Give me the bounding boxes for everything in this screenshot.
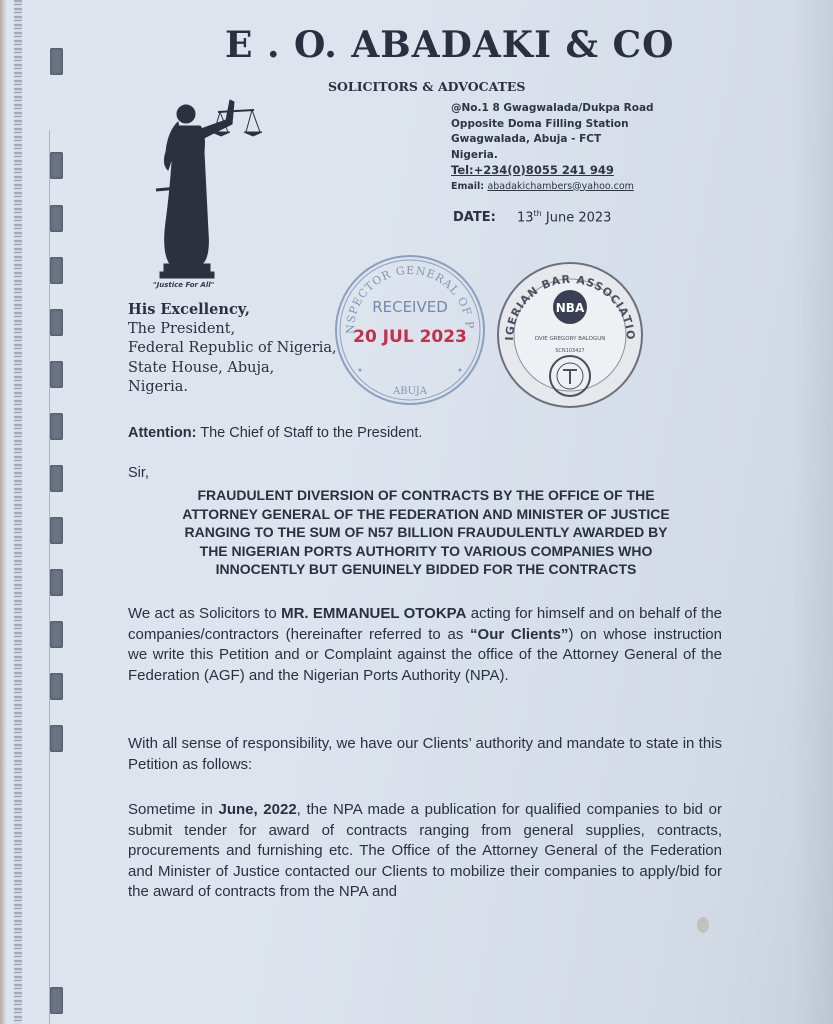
binding-hole [50, 987, 63, 1014]
binding-hole [50, 205, 63, 232]
client-name: MR. EMMANUEL OTOKPA [281, 605, 466, 622]
igp-status: RECEIVED [372, 298, 448, 316]
date-emphasis: June, 2022 [218, 801, 296, 818]
igp-date: 20 JUL 2023 [353, 327, 467, 347]
body-paragraph-3: Sometime in June, 2022, the NPA made a p… [128, 800, 722, 903]
date-label: DATE: [453, 210, 517, 225]
binding-hole [50, 257, 63, 284]
firm-email: abadakichambers@yahoo.com [487, 181, 633, 192]
address-line: Gwagwalada, Abuja - FCT [451, 132, 654, 148]
page-shadow [793, 0, 833, 1024]
email-label: Email: [451, 181, 484, 192]
binding-hole [50, 569, 63, 596]
recipient-line: The President, [128, 320, 337, 340]
page-edge [0, 0, 6, 1024]
binding-hole [50, 48, 63, 75]
nba-member-name: OVIE GREGORY BALOGUN [535, 336, 606, 342]
subject-line: THE NIGERIAN PORTS AUTHORITY TO VARIOUS … [128, 542, 724, 561]
recipient-address: His Excellency, The President, Federal R… [128, 300, 337, 398]
salutation: Sir, [128, 465, 149, 481]
body-paragraph-2: With all sense of responsibility, we hav… [128, 734, 722, 775]
nba-badge: NBA [556, 301, 585, 315]
nba-seal-stamp: NIGERIAN BAR ASSOCIATION NBA OVIE GREGOR… [495, 260, 645, 410]
firm-name: E . O. ABADAKI & CO [225, 24, 675, 66]
recipient-line: State House, Abuja, [128, 359, 337, 379]
binding-hole [50, 413, 63, 440]
subject-line: ATTORNEY GENERAL OF THE FEDERATION AND M… [128, 505, 724, 524]
subject-heading: FRAUDULENT DIVERSION OF CONTRACTS BY THE… [128, 486, 724, 579]
binding-hole [50, 361, 63, 388]
recipient-line: Federal Republic of Nigeria, [128, 339, 337, 359]
firm-email-row: Email: abadakichambers@yahoo.com [451, 179, 654, 195]
binding-hole [50, 152, 63, 179]
firm-tagline: SOLICITORS & ADVOCATES [328, 79, 525, 94]
text-run: We act as Solicitors to [128, 605, 281, 622]
nba-member-number: SCN103427 [555, 348, 585, 354]
date-day: 13 [517, 210, 534, 225]
address-line: Nigeria. [451, 148, 654, 164]
subject-line: FRAUDULENT DIVERSION OF CONTRACTS BY THE… [128, 486, 724, 505]
subject-line: RANGING TO THE SUM OF N57 BILLION FRAUDU… [128, 523, 724, 542]
binding-hole [50, 621, 63, 648]
recipient-line: Nigeria. [128, 378, 337, 398]
attention-line: Attention: The Chief of Staff to the Pre… [128, 425, 422, 441]
subject-line: INNOCENTLY BUT GENUINELY BIDDED FOR THE … [128, 560, 724, 579]
igp-ring-text: THE INSPECTOR GENERAL OF POLICE [332, 252, 476, 334]
text-run: Sometime in [128, 801, 218, 818]
attention-label: Attention: [128, 425, 196, 441]
attention-text: The Chief of Staff to the President. [200, 425, 422, 441]
igp-received-stamp: THE INSPECTOR GENERAL OF POLICE RECEIVED… [332, 252, 488, 408]
date-month-year: June 2023 [546, 210, 612, 225]
lady-justice-icon [148, 92, 263, 282]
binding-hole [50, 517, 63, 544]
recipient-line: His Excellency, [128, 300, 337, 320]
binding-hole [50, 309, 63, 336]
letter-date: DATE:13th June 2023 [453, 209, 611, 225]
binding-hole [50, 725, 63, 752]
torn-binding-strip [14, 0, 22, 1024]
address-line: Opposite Doma Filling Station [451, 117, 654, 133]
firm-motto: "Justice For All" [153, 281, 214, 289]
svg-text:THE INSPECTOR GENERAL OF POLIC: THE INSPECTOR GENERAL OF POLICE [332, 252, 476, 334]
binding-hole [50, 673, 63, 700]
firm-address: @No.1 8 Gwagwalada/Dukpa Road Opposite D… [451, 101, 654, 194]
binding-hole [50, 465, 63, 492]
paper-stain [697, 917, 709, 933]
defined-term: “Our Clients” [470, 626, 568, 643]
document-page: E . O. ABADAKI & CO SOLICITORS & ADVOCAT… [0, 0, 833, 1024]
igp-location: ABUJA [392, 386, 428, 397]
firm-telephone: Tel:+234(0)8055 241 949 [451, 163, 654, 179]
address-line: @No.1 8 Gwagwalada/Dukpa Road [451, 101, 654, 117]
date-day-suffix: th [534, 209, 542, 218]
body-paragraph-1: We act as Solicitors to MR. EMMANUEL OTO… [128, 604, 722, 686]
